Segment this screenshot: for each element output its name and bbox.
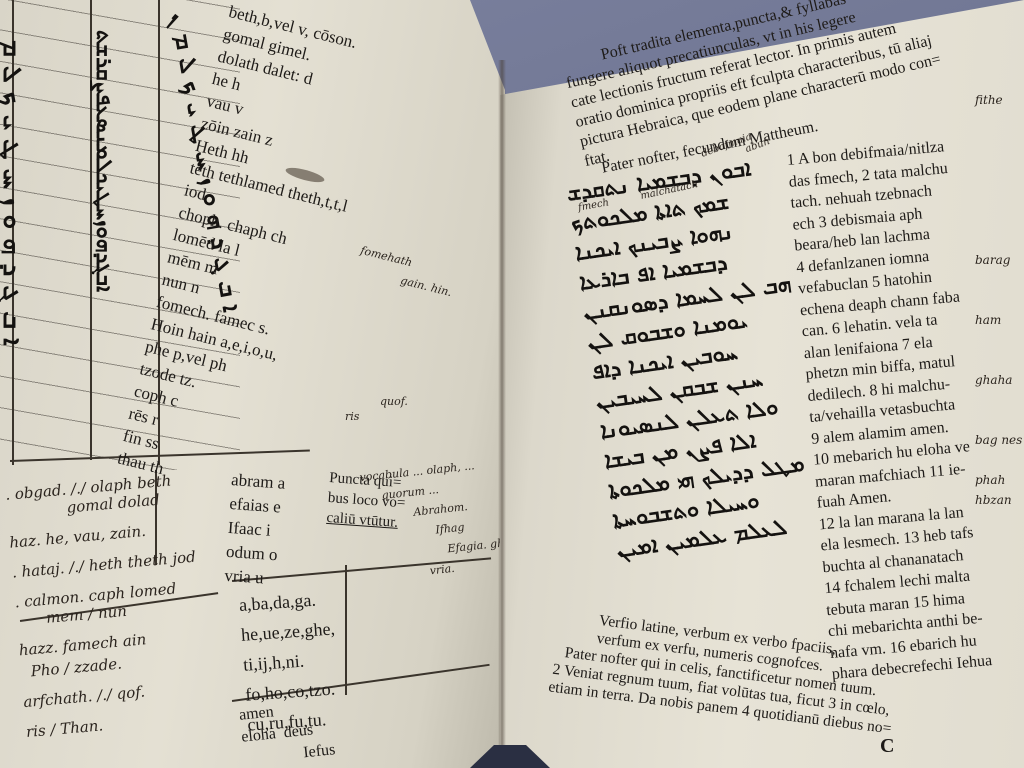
marginal-gloss: gain. hin. [399, 274, 453, 299]
handwritten-notes-left-margin: . obgad. /./ olaph beth gomal dolad haz.… [4, 464, 211, 747]
vocabulary-list: amen eloha deus Iefus [238, 695, 336, 768]
syllable-table-divider [345, 565, 347, 695]
left-page: ܐ ܒ ܓ ܕ ܗ ܘ ܙ ܚ ܛ ܝ ܟ ܠ ܡ ܐܒܓܕܗܘܙܚܛܝܟܠܡܢ… [0, 0, 505, 768]
handwritten-note: barag [975, 230, 1022, 290]
signature-mark: C [880, 735, 894, 758]
handwritten-syriac-column: ܐ ܒ ܓ ܕ ܗ ܘ ܙ ܚ ܛ ܝ ܟ ܠ ܡ [0, 40, 28, 345]
handwritten-note: ghaha [975, 350, 1022, 410]
handwritten-notes-right-margin: fithe barag ham ghaha bag nes phah hbzan [975, 60, 1022, 530]
marginal-gloss: ris [345, 410, 359, 423]
handwritten-note: ham [975, 290, 1022, 350]
vowel-names-list: abram a efaias e Ifaac i odum o vria u [224, 468, 287, 591]
handwritten-syriac-column: ܐܒܓܕܗܘܙܚܛܝܟܠܡܢܣܥܦܨܩܪܫܬ [87, 30, 120, 292]
handwritten-note: hbzan [975, 470, 1022, 530]
marginal-gloss: quof. [380, 395, 408, 408]
marginal-gloss: fomehath [359, 244, 413, 269]
book-gutter [498, 60, 506, 760]
handwritten-note: fithe [975, 70, 1022, 130]
